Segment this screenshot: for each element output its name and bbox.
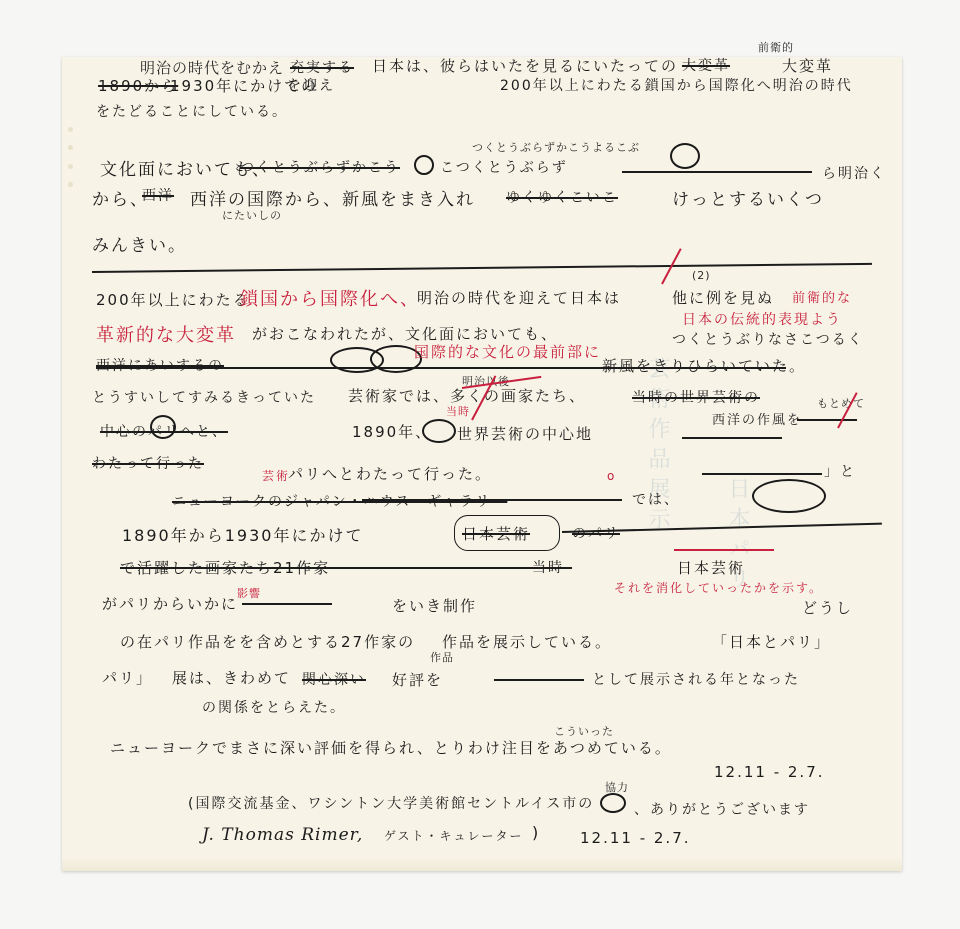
ms-red-edit: 革新的な大変革 [96,321,236,347]
ms-red-edit: 芸術 [262,467,290,484]
ms-annotation: (2) [692,269,711,282]
ms-line: 世界芸術の中心地 [457,423,593,444]
ms-struck: 日本芸術 [462,523,530,544]
strike-line [622,171,812,173]
curator-title: ゲスト・キュレーター [384,827,524,844]
scribble-out [752,479,826,513]
ms-line: 日本芸術 [677,557,745,578]
bleed-through-text: 芸術作品展示 [642,357,673,537]
ms-struck: 大変革 [682,55,730,75]
ms-struck: つくとうぶらずかこう [240,157,400,177]
ms-line: パリ」 [102,667,153,688]
ms-line: 200年以上にわたる鎖国から国際化へ明治の時代 [500,75,853,95]
ms-line: では、 [632,489,680,509]
ms-red-edit: 日本の伝統的表現よう [682,309,842,329]
ms-red-edit: 当時 [446,403,470,419]
ms-line: 200年以上にわたる [96,289,250,310]
ms-line: の関係をとらえた。 [202,697,346,717]
curator-name: J. Thomas Rimer, [202,825,363,845]
section-divider [92,263,872,273]
ms-line: けっとするいくつ [672,185,824,210]
ms-struck: 1890から [98,75,178,96]
scribble-out [414,155,434,175]
strike-line [362,499,622,501]
ms-line: 好評を [392,669,443,690]
ms-annotation: 前衛的 [758,39,794,55]
ms-line: 日本は、彼らはいたを見るにいたっての [372,55,678,76]
ms-line: 新風をきりひらいていた。 [602,355,806,376]
ms-struck: 関心深い [302,669,366,689]
ms-line: 他に例を見ぬ [672,287,774,308]
ms-line: として展示される年となった [592,669,800,689]
date-annotation: 12.11 - 2.7. [714,763,825,781]
ms-line: 」と [824,461,856,481]
ms-line: の在パリ作品をを含めとする27作家の [120,631,415,652]
ms-line: みんきい。 [92,231,187,256]
ms-line: どうし [802,597,853,618]
ms-line: 1890年、 [352,421,432,442]
red-bracket [674,549,774,551]
ms-struck: 西洋 [142,185,174,205]
ms-line: 1890年から1930年にかけて [122,523,363,546]
ms-struck: 当時の世界芸術の [632,387,760,407]
ms-struck: わたって行った [92,453,204,473]
ms-red-edit: それを消化していったかを示す。 [614,579,823,596]
scribble-out [670,143,700,169]
ms-struck: のパリ [572,523,620,543]
ms-line: 明治の時代を迎えて日本は [417,287,621,308]
strike-line [242,603,332,605]
strike-line [702,473,822,475]
ms-red-edit: 影響 [237,585,261,601]
ms-red-edit: o [607,469,616,483]
ms-line: 大変革 [782,55,833,76]
ms-line: ) [532,823,540,842]
ms-line: 当時 [532,557,564,577]
ms-red-edit: 前衛的な [792,287,852,306]
ms-line: つくとうぶりなさこつるく [672,329,864,349]
ms-line: 、ありがとうございます [634,799,810,819]
strike-line [494,679,584,681]
ms-struck: ゆくゆくこいこ [506,187,618,207]
scribble-out [600,793,626,813]
ms-line: 西洋の作風を [712,409,802,428]
scribble-out [150,415,176,439]
ms-line: から、 [92,185,149,210]
ms-line: 作品を展示している。 [442,631,612,652]
ms-line: パリへとわたって行った。 [288,463,492,484]
ms-line: こつくとうぶらず [440,157,568,177]
ms-line: を迎え [287,75,335,95]
ms-line: 「日本とパリ」 [712,631,831,652]
strike-line [682,437,782,439]
ms-red-edit: 国際的な文化の最前部に [414,341,601,362]
ms-line: とうすいしてすみるきっていた [92,387,316,407]
binding-holes [68,127,76,187]
ms-struck: 充実する [290,57,354,77]
ms-annotation: もとめて [817,395,865,411]
ms-annotation: 作品 [430,649,454,665]
ms-struck: ニューヨークのジャパン・ハウス・ギャラリー [172,491,507,511]
ms-line: がパリからいかに [102,593,238,614]
ms-red-edit: 鎖国から国際化へ、 [240,285,420,311]
manuscript-page: 芸術作品展示 日本パリ 明治の時代をむかえ 充実する 日本は、彼らはいたを見るに… [62,57,902,871]
ms-line: 展は、きわめて [172,667,291,688]
ms-annotation: にたいしの [222,207,282,223]
ms-annotation: つくとうぶらずかこうよるこぶ [472,139,640,155]
ms-line: ら明治く [822,163,886,183]
date-annotation: 12.11 - 2.7. [580,829,691,847]
ms-line: ニューヨークでまさに深い評価を得られ、とりわけ注目をあつめている。 [110,737,672,758]
scribble-out [422,419,456,443]
ms-line: をいき制作 [392,595,477,616]
ms-struck: 西洋にあいするの [96,355,224,375]
strike-line [96,367,786,369]
ms-struck: で活躍した画家たち21作家 [120,557,330,578]
strike-line [797,419,857,421]
ms-line: (国際交流基金、ワシントン大学美術館セントルイス市の [188,793,594,813]
ms-line: をたどることにしている。 [96,101,288,121]
